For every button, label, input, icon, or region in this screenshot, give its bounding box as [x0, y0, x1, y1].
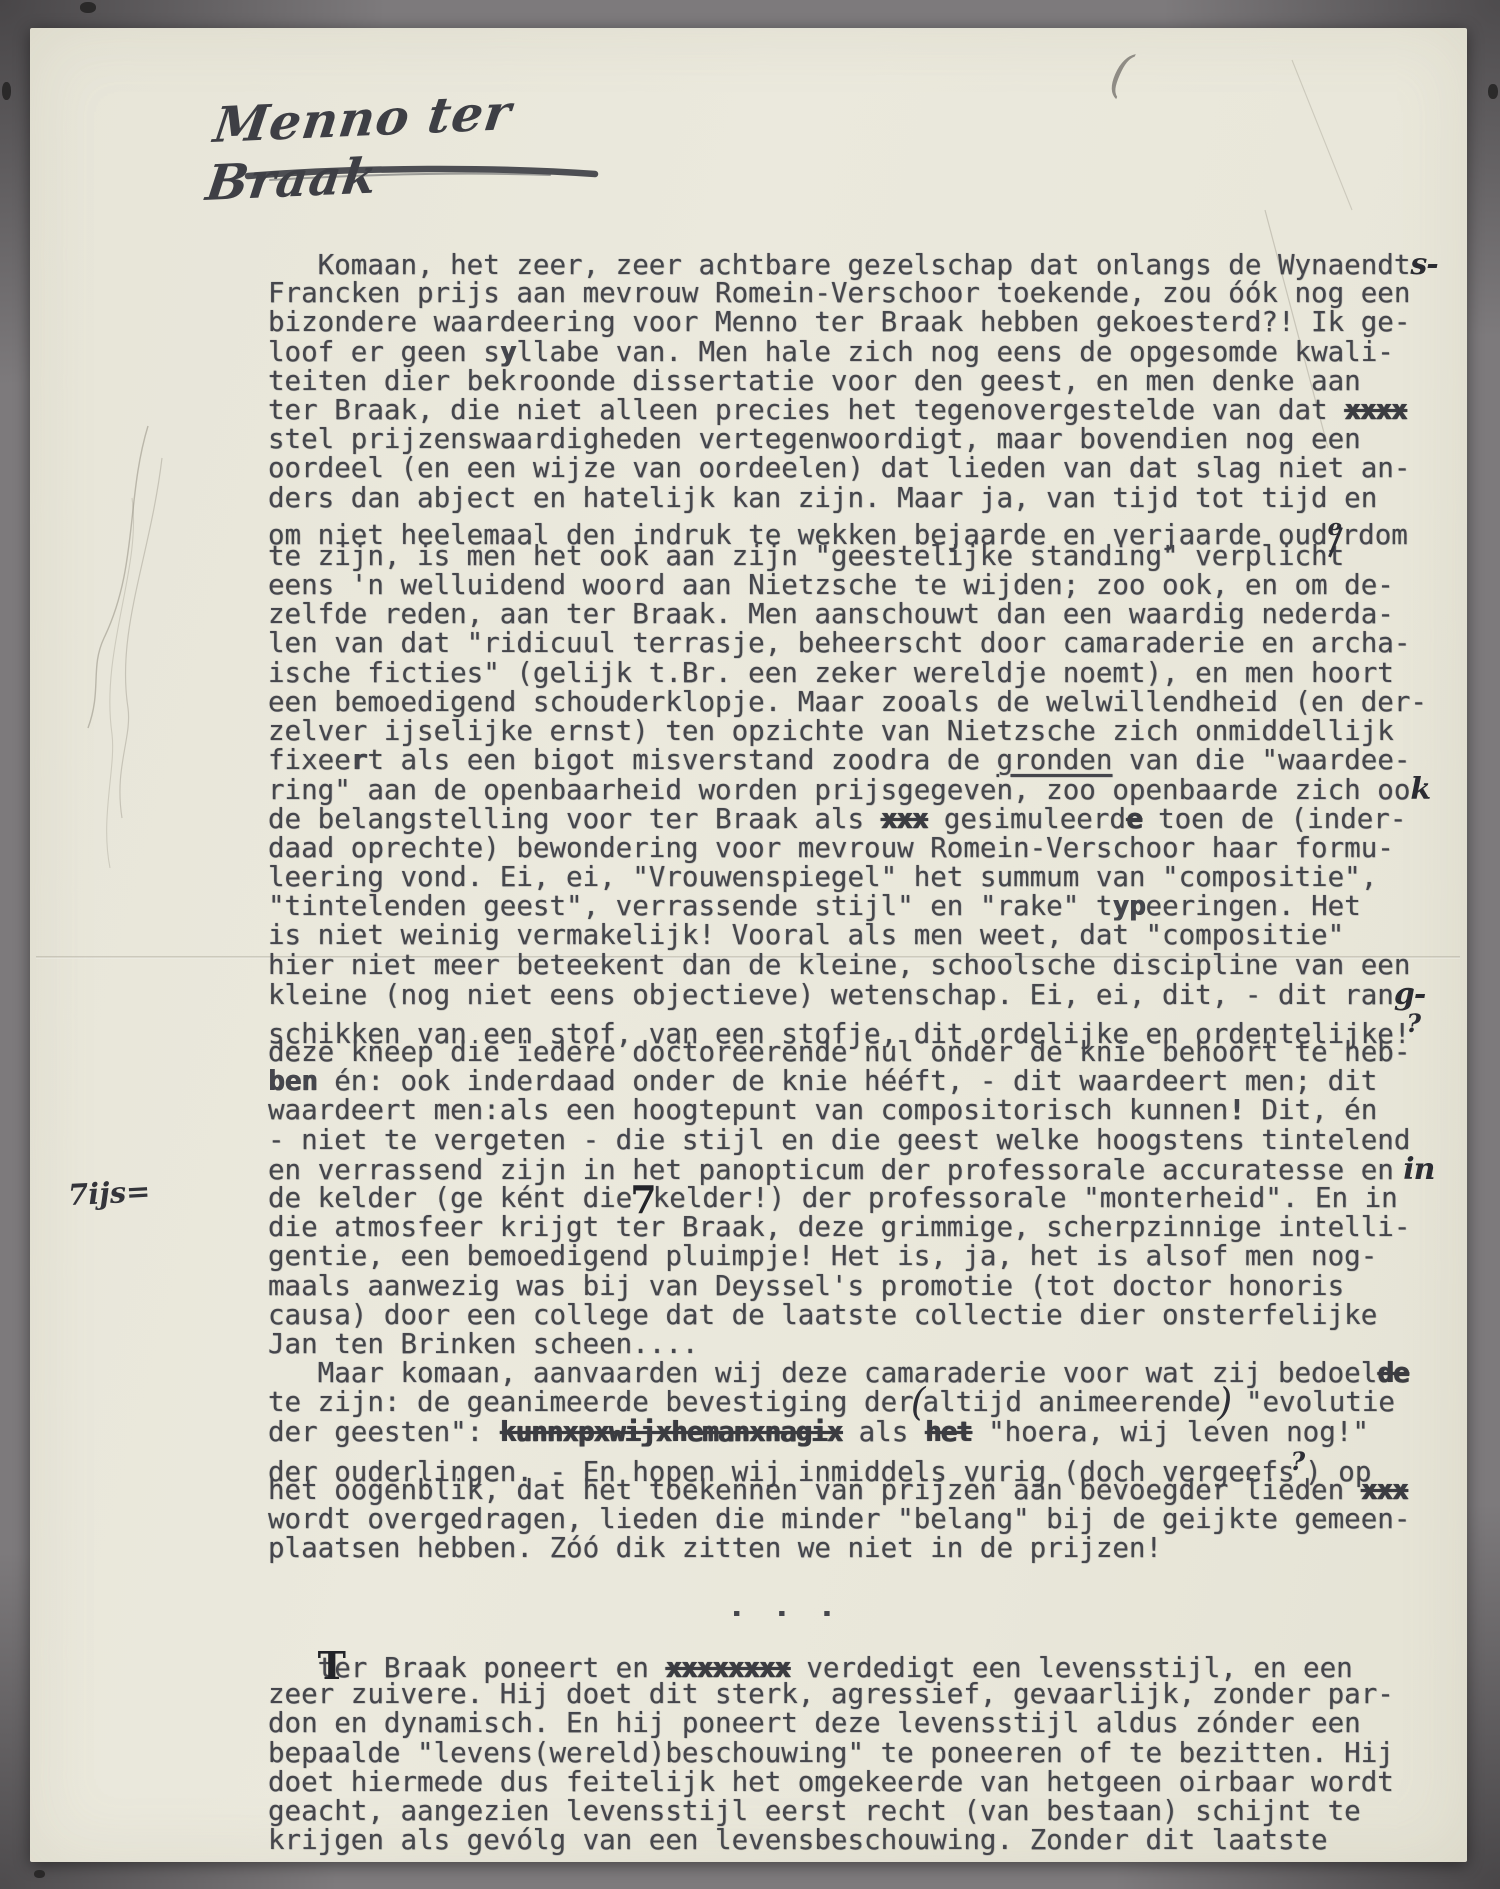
- typed-text-segment: een bemoedigend schouderklopje. Maar zoo…: [268, 686, 1427, 718]
- typed-line: ter Braak, die niet alleen precies het t…: [268, 396, 1458, 425]
- typed-text-segment: len van dat "ridicuul terrasje, beheersc…: [268, 627, 1410, 659]
- typed-line: loof er geen syllabe van. Men hale zich …: [268, 338, 1458, 367]
- typed-line: causa) door een college dat de laatste c…: [268, 1301, 1458, 1330]
- typed-line: om niet heelemaal den indruk te wekken b…: [268, 513, 1458, 542]
- typed-text-segment: "hoera, wij leven nog!": [972, 1416, 1369, 1448]
- typed-text-segment: krijgen als gevólg van een levensbeschou…: [268, 1824, 1328, 1856]
- typed-text-segment: het oogenblik, dat het toekennen van pri…: [268, 1474, 1361, 1506]
- typed-text-segment: en verrassend zijn in het panopticum der…: [268, 1154, 1394, 1186]
- typed-text-segment: rdom: [1342, 519, 1408, 551]
- typed-text-segment: leering vond. Ei, ei, "Vrouwenspiegel" h…: [268, 861, 1377, 893]
- typed-text-segment: zeer zuivere. Hij doet dit sterk, agress…: [268, 1678, 1394, 1710]
- mount-speck: [34, 1870, 45, 1878]
- typed-line: Tter Braak poneert en xxxxxxxx verdedigt…: [268, 1651, 1458, 1680]
- typed-line: plaatsen hebben. Zóó dik zitten we niet …: [268, 1534, 1458, 1563]
- pencil-corner-mark: (: [1105, 41, 1137, 106]
- struck-text: xxxx: [1344, 394, 1406, 426]
- typed-text-segment: ter Braak, die niet alleen precies het t…: [268, 394, 1344, 426]
- typed-line: is niet weinig vermakelijk! Vooral als m…: [268, 921, 1458, 950]
- typed-text-segment: toen de (inder-: [1142, 803, 1407, 835]
- typed-line: Komaan, het zeer, zeer achtbare gezelsch…: [268, 250, 1458, 279]
- typed-line: de kelder (ge ként die7kelder!) der prof…: [268, 1184, 1458, 1213]
- typed-line: bepaalde "levens(wereld)beschouwing" te …: [268, 1739, 1458, 1768]
- handwritten-insertion: in: [1394, 1152, 1435, 1187]
- typed-text-segment: zelver ijselijke ernst) ten opzichte van…: [268, 715, 1394, 747]
- handwritten-insertion: s-: [1410, 247, 1437, 282]
- overtyped-text: y: [500, 336, 517, 368]
- typed-line: eens 'n welluidend woord aan Nietzsche t…: [268, 571, 1458, 600]
- mount-speck: [1488, 84, 1498, 99]
- typed-text-segment: hier niet meer beteekent dan de kleine, …: [268, 949, 1410, 981]
- typed-line: zelver ijselijke ernst) ten opzichte van…: [268, 717, 1458, 746]
- struck-text: kunnxpxwijxhemanxnagix: [500, 1416, 842, 1448]
- typed-text-segment: deze kneep die iedere doctoreerende nul …: [268, 1036, 1410, 1068]
- typed-text-segment: der geesten":: [268, 1416, 500, 1448]
- typed-text-segment: Francken prijs aan mevrouw Romein-Versch…: [268, 277, 1410, 309]
- typed-line: stel prijzenswaardigheden vertegenwoordi…: [268, 425, 1458, 454]
- handwritten-margin-note: 7ijs=: [67, 1174, 151, 1212]
- overtyped-text: ben: [268, 1065, 318, 1097]
- struck-text: xxx: [881, 803, 928, 835]
- typed-text-segment: fixee: [268, 744, 351, 776]
- typed-line: doet hiermede dus feitelijk het omgekeer…: [268, 1768, 1458, 1797]
- typed-line: een bemoedigend schouderklopje. Maar zoo…: [268, 688, 1458, 717]
- typed-line: deze kneep die iedere doctoreerende nul …: [268, 1038, 1458, 1067]
- typed-text-segment: ring" aan de openbaarheid worden prijsge…: [268, 774, 1410, 806]
- typed-text-segment: altijd animeerende: [923, 1386, 1221, 1418]
- typed-text-segment: gentie, een bemoedigend pluimpje! Het is…: [268, 1240, 1377, 1272]
- typed-text-segment: ders dan abject en hatelijk kan zijn. Ma…: [268, 482, 1377, 514]
- struck-text: e: [1126, 803, 1142, 835]
- typed-text-segment: kelder!) der professorale "monterheid". …: [653, 1182, 1398, 1214]
- typed-text-segment: causa) door een college dat de laatste c…: [268, 1299, 1377, 1331]
- typed-text-segment: maals aanwezig was bij van Deyssel's pro…: [268, 1270, 1344, 1302]
- typed-text-segment: wordt overgedragen, lieden die minder "b…: [268, 1503, 1410, 1535]
- handwritten-caret-insertion: e: [1328, 513, 1342, 542]
- typed-line: het oogenblik, dat het toekennen van pri…: [268, 1476, 1458, 1505]
- mount-speck: [80, 2, 96, 13]
- typed-text-segment: t als een bigot misverstand zoodra de: [367, 744, 996, 776]
- typed-text-segment: doet hiermede dus feitelijk het omgekeer…: [268, 1766, 1394, 1798]
- typed-line: hier niet meer beteekent dan de kleine, …: [268, 951, 1458, 980]
- typed-line: Jan ten Brinken scheen....: [268, 1330, 1458, 1359]
- typed-text-segment: - niet te vergeten - die stijl en die ge…: [268, 1124, 1410, 1156]
- typed-line: Francken prijs aan mevrouw Romein-Versch…: [268, 279, 1458, 308]
- typed-line: ring" aan de openbaarheid worden prijsge…: [268, 775, 1458, 804]
- typed-line: te zijn: de geanimeerde bevestiging der(…: [268, 1388, 1458, 1417]
- paper-sheet: Menno ter Braak ( 7ijs= Komaan, het zeer…: [30, 28, 1467, 1862]
- typed-line: [268, 1622, 1458, 1651]
- handwritten-insertion: g-: [1394, 977, 1425, 1012]
- typed-line: teiten dier bekroonde dissertatie voor d…: [268, 367, 1458, 396]
- typed-text-segment: teiten dier bekroonde dissertatie voor d…: [268, 365, 1361, 397]
- typed-line: wordt overgedragen, lieden die minder "b…: [268, 1505, 1458, 1534]
- typed-text-segment: eens 'n welluidend woord aan Nietzsche t…: [268, 569, 1394, 601]
- typed-line: kleine (nog niet eens objectieve) wetens…: [268, 980, 1458, 1009]
- typed-text-segment: de belangstelling voor ter Braak als: [268, 803, 881, 835]
- typed-line: zelfde reden, aan ter Braak. Men aanscho…: [268, 600, 1458, 629]
- typed-text-segment: geacht, aangezien levensstijl eerst rech…: [268, 1795, 1361, 1827]
- typed-line: die atmosfeer krijgt ter Braak, deze gri…: [268, 1213, 1458, 1242]
- typed-line: leering vond. Ei, ei, "Vrouwenspiegel" h…: [268, 863, 1458, 892]
- typed-line: ben én: ook inderdaad onder de knie hééf…: [268, 1067, 1458, 1096]
- typed-line: der geesten": kunnxpxwijxhemanxnagix als…: [268, 1418, 1458, 1447]
- typed-text-segment: daad oprechte) bewondering voor mevrouw …: [268, 832, 1394, 864]
- typed-line: der ouderlingen. - En hopen wij inmiddel…: [268, 1447, 1458, 1476]
- typed-line: oordeel (en een wijze van oordeelen) dat…: [268, 454, 1458, 483]
- typed-text-segment: loof er geen s: [268, 336, 500, 368]
- typed-text-segment: die atmosfeer krijgt ter Braak, deze gri…: [268, 1211, 1410, 1243]
- typed-line: daad oprechte) bewondering voor mevrouw …: [268, 834, 1458, 863]
- typed-text-segment: plaatsen hebben. Zóó dik zitten we niet …: [268, 1532, 1162, 1564]
- typed-line: krijgen als gevólg van een levensbeschou…: [268, 1826, 1458, 1855]
- typed-text-segment: bizondere waardeering voor Menno ter Bra…: [268, 306, 1410, 338]
- typed-line: en verrassend zijn in het panopticum der…: [268, 1155, 1458, 1184]
- typed-text-segment: is niet weinig vermakelijk! Vooral als m…: [268, 919, 1344, 951]
- typed-line: fixeert als een bigot misverstand zoodra…: [268, 746, 1458, 775]
- typed-line: "tintelenden geest", verrassende stijl" …: [268, 892, 1458, 921]
- typed-text-segment: gesimuleerd: [927, 803, 1126, 835]
- separator-dots: . . .: [268, 1593, 1458, 1622]
- typed-line: gentie, een bemoedigend pluimpje! Het is…: [268, 1242, 1458, 1271]
- typed-line: schikken van een stof, van een stofje, d…: [268, 1009, 1458, 1038]
- typed-text-segment: van die "waardee-: [1112, 744, 1410, 776]
- typed-line: de belangstelling voor ter Braak als xxx…: [268, 805, 1458, 834]
- typed-text-segment: te zijn: de geanimeerde bevestiging der: [268, 1386, 914, 1418]
- typed-text-segment: ische ficties" (gelijk t.Br. een zeker w…: [268, 657, 1394, 689]
- overtyped-text: yp: [1112, 890, 1145, 922]
- typed-text-segment: zelfde reden, aan ter Braak. Men aanscho…: [268, 598, 1394, 630]
- overtyped-text: !: [1228, 1094, 1245, 1126]
- typed-line: geacht, aangezien levensstijl eerst rech…: [268, 1797, 1458, 1826]
- typed-text-segment: "evolutie: [1229, 1386, 1395, 1418]
- mount-speck: [2, 82, 11, 100]
- handwritten-insertion: k: [1410, 772, 1430, 807]
- photo-frame: Menno ter Braak ( 7ijs= Komaan, het zeer…: [0, 0, 1500, 1889]
- overtyped-text: r: [351, 744, 368, 776]
- typed-text-segment: Jan ten Brinken scheen....: [268, 1328, 698, 1360]
- typed-text: Komaan, het zeer, zeer achtbare gezelsch…: [268, 250, 1458, 1855]
- typed-text-segment: eeringen. Het: [1146, 890, 1361, 922]
- typed-text-segment: stel prijzenswaardigheden vertegenwoordi…: [268, 423, 1361, 455]
- struck-text: xxx: [1361, 1474, 1408, 1506]
- typed-line: waardeert men:als een hoogtepunt van com…: [268, 1096, 1458, 1125]
- handwritten-title: Menno ter Braak: [203, 76, 681, 212]
- typed-line: Maar komaan, aanvaarden wij deze camarad…: [268, 1359, 1458, 1388]
- pencil-scribble: [88, 426, 148, 728]
- handwritten-superscript: ?: [1291, 1447, 1306, 1476]
- typed-line: zeer zuivere. Hij doet dit sterk, agress…: [268, 1680, 1458, 1709]
- struck-text: de: [1377, 1357, 1408, 1389]
- typed-text-segment: én: ook inderdaad onder de knie hééft, -…: [318, 1065, 1378, 1097]
- typed-text-segment: don en dynamisch. En hij poneert deze le…: [268, 1707, 1361, 1739]
- underlined-text: gronden: [997, 744, 1113, 776]
- struck-text: het: [925, 1416, 972, 1448]
- overtyped-text: . . .: [728, 1591, 841, 1623]
- typed-text-segment: Maar komaan, aanvaarden wij deze camarad…: [268, 1357, 1377, 1389]
- typed-line: [268, 1563, 1458, 1592]
- typed-text-segment: oordeel (en een wijze van oordeelen) dat…: [268, 452, 1410, 484]
- typed-line: maals aanwezig was bij van Deyssel's pro…: [268, 1272, 1458, 1301]
- typed-line: te zijn, is men het ook aan zijn "geeste…: [268, 542, 1458, 571]
- typed-line: - niet te vergeten - die stijl en die ge…: [268, 1126, 1458, 1155]
- typed-text-segment: kleine (nog niet eens objectieve) wetens…: [268, 979, 1394, 1011]
- typed-text-segment: "tintelenden geest", verrassende stijl" …: [268, 890, 1112, 922]
- typed-text-segment: de kelder (ge ként die: [268, 1182, 632, 1214]
- typed-line: len van dat "ridicuul terrasje, beheersc…: [268, 629, 1458, 658]
- typed-text-segment: Dit, én: [1245, 1094, 1377, 1126]
- typed-text-segment: llabe van. Men hale zich nog eens de opg…: [516, 336, 1394, 368]
- typed-text-segment: te zijn, is men het ook aan zijn "geeste…: [268, 540, 1344, 572]
- typed-text-segment: bepaalde "levens(wereld)beschouwing" te …: [268, 1737, 1394, 1769]
- typed-text-segment: waardeert men:als een hoogtepunt van com…: [268, 1094, 1228, 1126]
- typed-text-segment: als: [842, 1416, 925, 1448]
- typed-line: don en dynamisch. En hij poneert deze le…: [268, 1709, 1458, 1738]
- typed-line: bizondere waardeering voor Menno ter Bra…: [268, 308, 1458, 337]
- typed-line: ische ficties" (gelijk t.Br. een zeker w…: [268, 659, 1458, 688]
- typed-line: ders dan abject en hatelijk kan zijn. Ma…: [268, 484, 1458, 513]
- handwritten-superscript: ?: [1406, 1009, 1421, 1038]
